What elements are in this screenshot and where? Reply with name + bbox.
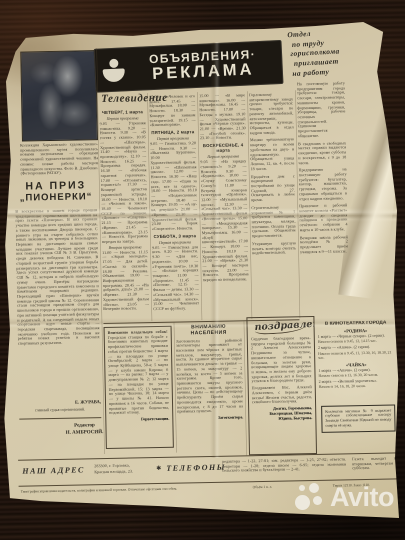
logo-bowl-shape — [103, 68, 126, 82]
congratulation-title: поздравление — [254, 319, 307, 335]
attention-notice: ВНИМАНИЮ НАСЕЛЕНИЯ Заготовители районной… — [176, 323, 244, 452]
tv-listing: 9.05 — Утренняя гимнастика. 9.20 — Новос… — [100, 121, 148, 245]
article-signature-role: главный судья соревнований. — [19, 406, 101, 413]
attention-body: Заготовители районной заготконторы прини… — [176, 338, 243, 415]
obituary-notice: Коллектив магазина № 9 выражает глубокое… — [321, 404, 395, 432]
job-ad-body: На постоянную работу предприятиям города… — [297, 81, 346, 139]
tv-column-friday-saturday: 17.00 — «Человек и его дело». 17.45 — Му… — [149, 94, 199, 319]
announcer-logo-icon — [101, 58, 126, 82]
tv-day-header: СУББОТА, 3 марта — [152, 233, 198, 239]
tv-day-header: ВОСКРЕСЕНЬЕ, 4 марта — [200, 142, 246, 153]
masthead-banner: ОБЪЯВЛЕНИЯ· РЕКЛАМА — [94, 40, 284, 93]
attention-title-line2: НАСЕЛЕНИЯ — [176, 330, 242, 338]
tv-day-header: ЧЕТВЕРГ, 1 марта — [99, 109, 145, 115]
classified-ad: Горловскому авторемонтному заводу срочно… — [249, 92, 294, 135]
tv-listing: 9.05 — «На зарядку становись!» 9.20 — Но… — [200, 159, 248, 283]
masthead-text: ОБЪЯВЛЕНИЯ· РЕКЛАМА — [130, 47, 276, 84]
classified-ad: Предприятию на постоянную работу требуют… — [299, 168, 348, 202]
photo-caption: Коллекция Харьковского художественно-про… — [20, 142, 99, 179]
congratulation-closing: Поздравляем Вас, Алексей Алексеевич, с п… — [252, 385, 312, 405]
job-ad-heading: Отдел по труду горисполкома приглашает н… — [287, 25, 389, 78]
congratulation-box: поздравление Сердечно благодарим врача-х… — [246, 316, 317, 455]
right-ads-column: На постоянную работу предприятиям города… — [297, 81, 349, 312]
phones-list: редактора — 1-22, 27-81; зам. редактора … — [222, 457, 346, 477]
article-headline-line2: „ПИОНЕРКИ“ — [15, 191, 97, 204]
congratulation-body: Сердечно благодарим врача-хирурга городс… — [251, 336, 312, 384]
classified-ad: Правление и рабочий комитет колхоза «Рас… — [299, 204, 348, 233]
congratulation-names: Юдина, Быстрова. — [252, 415, 312, 421]
news-photo — [20, 50, 98, 141]
avito-wordmark: Avito — [330, 482, 394, 513]
article-body: В воскресенье в нашем городе прошли трад… — [15, 208, 101, 398]
classified-ad: Меняю трёхкомнатную квартиру со всеми уд… — [250, 138, 295, 172]
cinema-showtimes: Начало в 14, 16, 18, 20 часов. — [319, 384, 395, 390]
tv-listing: 15.00 — «В мире животных». 16.00 — Мульт… — [199, 93, 246, 141]
tv-listing: 17.00 — «Человек и его дело». 17.45 — Му… — [149, 94, 196, 128]
cinema-listings: В КИНОТЕАТРАХ ГОРОДА «РОДИНА» 1 марта — … — [317, 320, 395, 403]
tv-listing: 9.05 — Гимнастика. 9.20 — Новости. 9.30 … — [150, 141, 198, 232]
article-signature: Е. ЖУРАВА, — [19, 399, 101, 406]
tv-listing: 9.05 — Гимнастика для всех. 9.20 — Новос… — [152, 245, 199, 312]
notice-body: Городская станция по борьбе с болезнями … — [108, 334, 169, 416]
logo-head-circle — [109, 58, 118, 67]
job-ad-body: В сведениях о свободных местах справки в… — [298, 141, 346, 166]
classified-ad: Продаётся дом с надворными постройками п… — [251, 174, 296, 203]
notice-signature: Горветстанция. — [109, 416, 169, 422]
classified-ad: Строительному управлению № 7 требуются к… — [251, 205, 296, 239]
address-label: НАШ АДРЕС — [22, 465, 85, 475]
address-line2: Красная площадь, 23. — [94, 469, 152, 482]
publication-schedule: Газета выходит по вторникам, четвергам и… — [352, 456, 398, 475]
phones-label: ТЕЛЕФОНЫ — [166, 463, 226, 473]
dog-vaccination-notice: Вниманию владельцев собак! Городская ста… — [104, 326, 174, 449]
tv-column-thursday: ЧЕТВЕРГ, 1 марта Первая программа 9.05 —… — [99, 107, 149, 320]
cinema-section-title: В КИНОТЕАТРАХ ГОРОДА — [317, 320, 393, 326]
editor-credit: Редактор Н. АМБРОСИЙ. — [59, 423, 109, 437]
article-end-rule — [19, 417, 101, 420]
classified-ad: Вечерняя школа рабочей молодёжи № 2 прод… — [300, 235, 348, 255]
newspaper-sheet: Коллекция Харьковского художественно-про… — [2, 22, 399, 518]
newspaper-content: Коллекция Харьковского художественно-про… — [0, 18, 404, 522]
tv-column-sunday: 15.00 — «В мире животных». 16.00 — Мульт… — [199, 93, 249, 318]
photo-of-newspaper: Коллекция Харьковского художественно-про… — [0, 0, 405, 540]
attention-signature: Заготконтора. — [177, 414, 243, 420]
classified-ads-column: Горловскому авторемонтному заводу срочно… — [249, 92, 297, 317]
tv-day-header: ПЯТНИЦА, 2 марта — [150, 129, 196, 135]
footer-separator-star: ✱ — [156, 465, 161, 472]
classified-ad: Утерянную круглую печать конторы считать… — [252, 241, 296, 256]
avito-watermark: Avito — [295, 482, 394, 513]
imprint-line: Типография управления издательств, полиг… — [21, 485, 245, 499]
tv-listing: 11.00 — Новости. 11.15 — «Экран молодых»… — [102, 250, 149, 312]
avito-logo-icon — [295, 483, 325, 513]
cinema-showtimes: Начало сеансов в 9.45, 11, 13.30, 16, 18… — [318, 350, 394, 361]
editor-name: Н. АМБРОСИЙ. — [60, 429, 110, 436]
